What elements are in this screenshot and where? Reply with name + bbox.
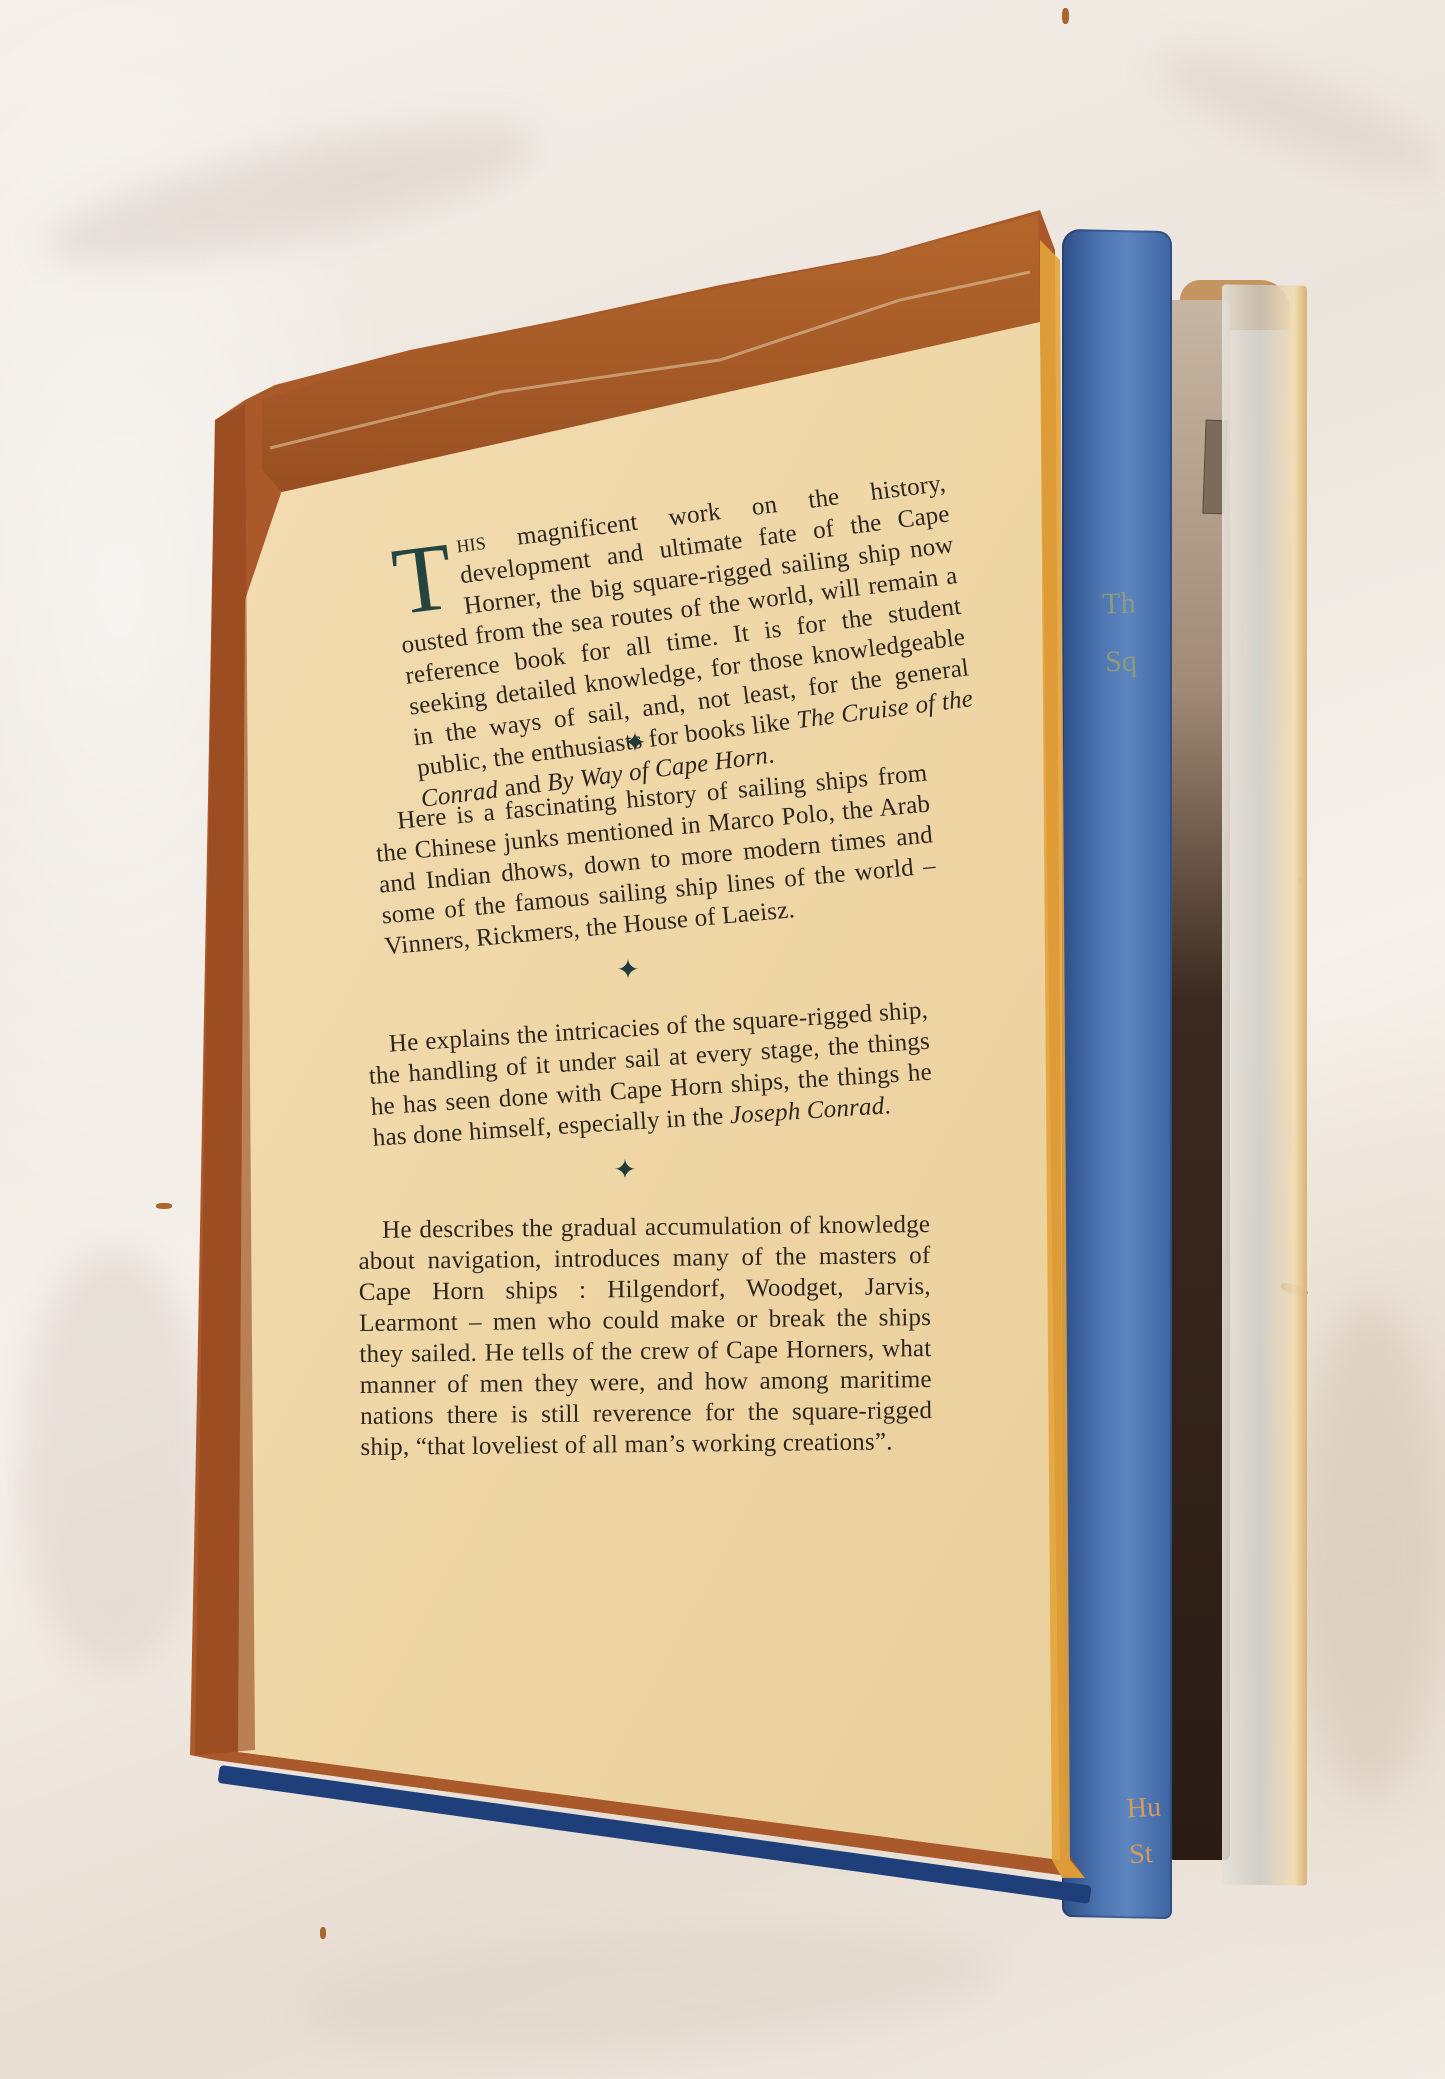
spine-title-fragment: Th Sq: [1088, 574, 1152, 692]
sheet-fold: [1147, 31, 1445, 199]
sheet-stain: [1062, 8, 1069, 24]
sheet-fold: [20, 1250, 210, 1670]
sheet-fold: [36, 99, 544, 291]
sheet-stain: [156, 1203, 172, 1209]
drop-cap: T: [389, 537, 457, 622]
plastic-jacket-sleeve: [1222, 284, 1307, 1885]
book-board-edge: [218, 1765, 1092, 1904]
ship-name-joseph-conrad: Joseph Conrad: [729, 1093, 885, 1130]
four-point-star-icon: ✦: [615, 958, 641, 984]
jacket-flap: [1168, 300, 1230, 1860]
four-point-star-icon: ✦: [612, 1158, 638, 1184]
spine-publisher-fragment: Hu St: [1126, 1784, 1181, 1878]
blurb-paragraph-3: He explains the intricacies of the squar…: [366, 995, 935, 1154]
book-spine: [1062, 229, 1172, 1919]
sheet-fold: [297, 1906, 1004, 2075]
four-point-star-icon: ✦: [622, 731, 648, 757]
blurb-paragraph-4: He describes the gradual accumulation of…: [358, 1209, 933, 1463]
sheet-stain: [320, 1927, 326, 1939]
sheet-fold: [1300, 1300, 1440, 1800]
